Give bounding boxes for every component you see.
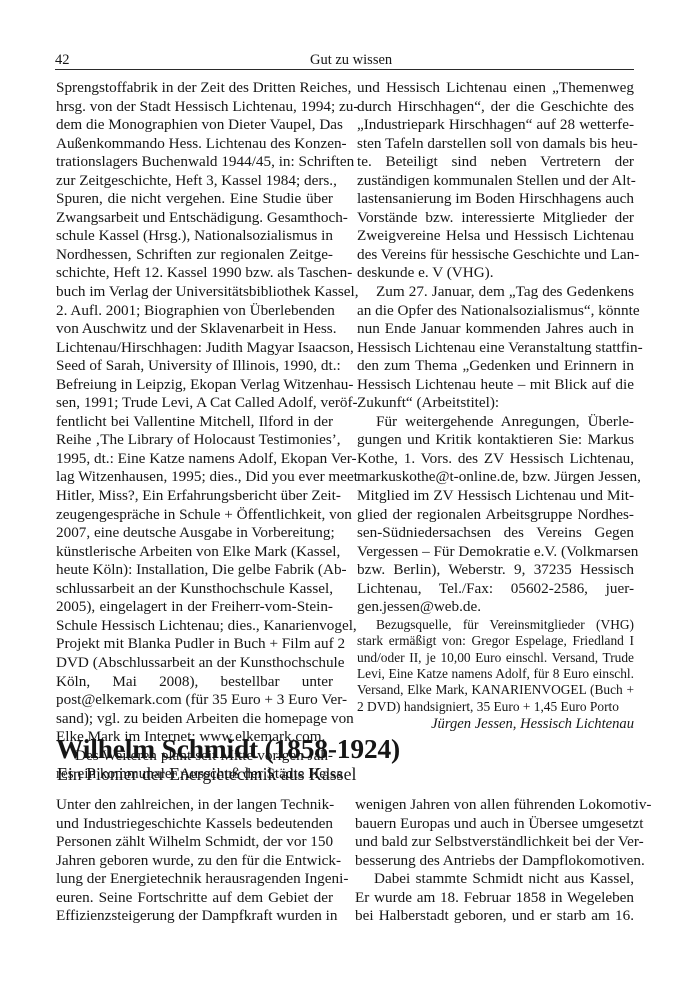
text-line: deskunde e. V (VHG).: [357, 264, 634, 283]
text-line: Hitler, Miss?, Ein Erfahrungsbericht übe…: [56, 487, 333, 506]
article-column-left: Unter den zahlreichen, in der langen Tec…: [56, 796, 333, 926]
text-line: trationslagers Buchenwald 1944/45, in: S…: [56, 153, 333, 172]
text-line: euren. Seine Fortschritte auf dem Gebiet…: [56, 889, 333, 908]
text-line: zur Zeitgeschichte, Heft 3, Kassel 1984;…: [56, 172, 333, 191]
text-line: markuskothe@t-online.de, bzw. Jürgen Jes…: [357, 468, 634, 487]
text-line: künstlerische Arbeiten von Elke Mark (Ka…: [56, 543, 333, 562]
text-line: nun Ende Januar kommenden Jahres auch in: [357, 320, 634, 339]
source-note: Bezugsquelle, für Vereinsmitglieder (VHG…: [357, 617, 634, 715]
text-line: und bald zur Selbstverständlichkeit bei …: [355, 833, 634, 852]
text-line: bauern Europas und auch in Übersee umges…: [355, 815, 634, 834]
text-line: Projekt mit Blanka Pudler in Buch + Film…: [56, 635, 333, 654]
note-line: und/oder II, je 10,00 Euro einschl. Vers…: [357, 650, 634, 666]
text-line: schule Kassel (Hrsg.), Nationalsozialism…: [56, 227, 333, 246]
text-line: post@elkemark.com (für 35 Euro + 3 Euro …: [56, 691, 333, 710]
text-line: Jahren geboren wurde, zu den für die Ent…: [56, 852, 333, 871]
text-line: 1995, dt.: Eine Katze namens Adolf, Ekop…: [56, 450, 333, 469]
text-line: Befreiung in Leipzig, Ekopan Verlag Witz…: [56, 376, 333, 395]
text-line: lag Witzenhausen, 1995; dies., Did you e…: [56, 468, 333, 487]
text-line: Köln, Mai 2008), bestellbar unter: [56, 673, 333, 692]
text-line: 2005), eingelagert in der Freiherr-vom-S…: [56, 598, 333, 617]
note-line: Levi, Eine Katze namens Adolf, für 8 Eur…: [357, 666, 634, 682]
text-line: und Hessisch Lichtenau einen „Themenweg: [357, 79, 634, 98]
text-line: Außenkommando Hess. Lichtenau des Konzen…: [56, 135, 333, 154]
text-line: Dabei stammte Schmidt nicht aus Kassel,: [355, 870, 634, 889]
note-line: 2 DVD) handsigniert, 35 Euro + 1,45 Euro…: [357, 699, 634, 715]
text-line: zeugengespräche in Schule + Öffentlichke…: [56, 506, 333, 525]
text-line: Zukunft“ (Arbeitstitel):: [357, 394, 634, 413]
text-line: Seed of Sarah, University of Illinois, 1…: [56, 357, 333, 376]
text-line: heute Köln): Installation, Die gelbe Fab…: [56, 561, 333, 580]
text-line: zuständigen kommunalen Stellen und der A…: [357, 172, 634, 191]
text-line: Vergessen – Für Demokratie e.V. (Volkmar…: [357, 543, 634, 562]
text-line: wenigen Jahren von allen führenden Lokom…: [355, 796, 634, 815]
text-line: gen.jessen@web.de.: [357, 598, 634, 617]
text-line: bzw. Berlin), Weberstr. 9, 37235 Hessisc…: [357, 561, 634, 580]
text-line: Zweigvereine Helsa und Hessisch Lichtena…: [357, 227, 634, 246]
text-line: 2. Aufl. 2001; Biographien von Überleben…: [56, 302, 333, 321]
text-line: Er wurde am 18. Februar 1858 in Wegelebe…: [355, 889, 634, 908]
text-line: Sprengstoffabrik in der Zeit des Dritten…: [56, 79, 333, 98]
text-line: glied der regionalen Arbeitsgruppe Nordh…: [357, 506, 634, 525]
text-line: des Vereins für hessische Geschichte und…: [357, 246, 634, 265]
running-header: 42 Gut zu wissen: [55, 52, 634, 70]
text-line: gungen und Kritik kontaktieren Sie: Mark…: [357, 431, 634, 450]
text-line: schichte, Heft 12. Kassel 1990 bzw. als …: [56, 264, 333, 283]
text-line: den zum Thema „Gedenken und Erinnern in: [357, 357, 634, 376]
text-line: Effizienzsteigerung der Dampfkraft wurde…: [56, 907, 333, 926]
text-line: buch im Verlag der Universitätsbibliothe…: [56, 283, 333, 302]
page-number: 42: [55, 52, 70, 69]
text-line: Spuren, die nicht vergehen. Eine Studie …: [56, 190, 333, 209]
text-line: Unter den zahlreichen, in der langen Tec…: [56, 796, 333, 815]
text-line: durch Hirschhagen“, der die Geschichte d…: [357, 98, 634, 117]
article-subtitle: Ein Pionier der Energietechnik aus Kasse…: [57, 764, 356, 785]
author-signature: Jürgen Jessen, Hessisch Lichtenau: [357, 715, 634, 734]
text-line: Vorstände bzw. interessierte Mitglieder …: [357, 209, 634, 228]
text-line: besserung des Antriebs der Dampflokomoti…: [355, 852, 634, 871]
text-line: schlussarbeit an der Kunsthochschule Kas…: [56, 580, 333, 599]
column-left-top: Sprengstoffabrik in der Zeit des Dritten…: [56, 79, 333, 784]
text-line: an die Opfer des Nationalsozialismus“, k…: [357, 302, 634, 321]
text-line: und Industriegeschichte Kassels bedeuten…: [56, 815, 333, 834]
text-line: 2007, eine deutsche Ausgabe in Vorbereit…: [56, 524, 333, 543]
text-line: lung der Energietechnik herausragenden I…: [56, 870, 333, 889]
text-line: Lichtenau, Tel./Fax: 05602-2586, juer-: [357, 580, 634, 599]
text-line: sand); vgl. zu beiden Arbeiten die homep…: [56, 710, 333, 729]
text-line: Mitglied im ZV Hessisch Lichtenau und Mi…: [357, 487, 634, 506]
text-line: „Industriepark Hirschhagen“ auf 28 wette…: [357, 116, 634, 135]
text-line: te. Beteiligt sind neben Vertretern der: [357, 153, 634, 172]
text-line: Für weitergehende Anregungen, Überle-: [357, 413, 634, 432]
text-line: von Auschwitz und der Sklavenarbeit in H…: [56, 320, 333, 339]
text-line: Lichtenau/Hirschhagen: Judith Magyar Isa…: [56, 339, 333, 358]
note-line: Versand, Elke Mark, KANARIENVOGEL (Buch …: [357, 682, 634, 698]
text-line: sen-Südniedersachsen des Vereins Gegen: [357, 524, 634, 543]
text-line: bei Halberstadt geboren, und er starb am…: [355, 907, 634, 926]
text-line: Hessisch Lichtenau eine Veranstaltung st…: [357, 339, 634, 358]
column-right-top: und Hessisch Lichtenau einen „Themenweg …: [357, 79, 634, 734]
text-line: hrsg. von der Stadt Hessisch Lichtenau, …: [56, 98, 333, 117]
article-column-right: wenigen Jahren von allen führenden Lokom…: [355, 796, 634, 926]
note-line: Bezugsquelle, für Vereinsmitglieder (VHG…: [357, 617, 634, 633]
text-line: fentlicht bei Vallentine Mitchell, Ilfor…: [56, 413, 333, 432]
text-line: Zum 27. Januar, dem „Tag des Gedenkens: [357, 283, 634, 302]
text-line: Nordhessen, Schriften zur regionalen Zei…: [56, 246, 333, 265]
text-line: DVD (Abschlussarbeit an der Kunsthochsch…: [56, 654, 333, 673]
text-line: Schule Hessisch Lichtenau; dies., Kanari…: [56, 617, 333, 636]
text-line: Kothe, 1. Vors. des ZV Hessisch Lichtena…: [357, 450, 634, 469]
text-line: lastensanierung im Boden Hirschhagens au…: [357, 190, 634, 209]
text-line: sen, 1991; Trude Levi, A Cat Called Adol…: [56, 394, 333, 413]
note-line: stark ermäßigt von: Gregor Espelage, Fri…: [357, 633, 634, 649]
text-line: sten Tafeln darstellen soll von damals b…: [357, 135, 634, 154]
text-line: Zwangsarbeit und Entschädigung. Gesamtho…: [56, 209, 333, 228]
section-title: Gut zu wissen: [310, 52, 392, 69]
text-line: Reihe ‚The Library of Holocaust Testimon…: [56, 431, 333, 450]
article-title: Wilhelm Schmidt (1858-1924): [56, 733, 400, 765]
text-line: dem die Monographien von Dieter Vaupel, …: [56, 116, 333, 135]
text-line: Hessisch Lichtenau heute – mit Blick auf…: [357, 376, 634, 395]
text-line: Personen zählt Wilhelm Schmidt, der vor …: [56, 833, 333, 852]
